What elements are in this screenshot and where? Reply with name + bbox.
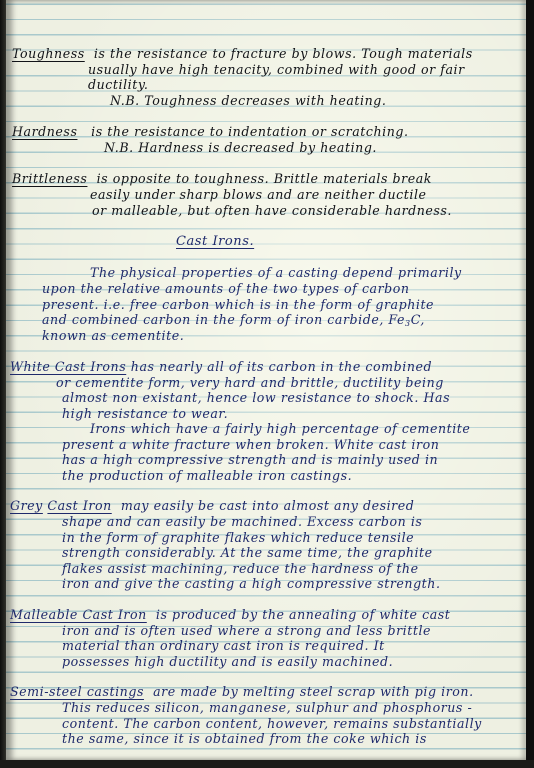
brittleness-line-3: or malleable, but often have considerabl… — [92, 203, 452, 218]
grey-cast-iron-line-6: iron and give the casting a high compres… — [62, 576, 441, 591]
brittleness-line-1: Brittleness is opposite to toughness. Br… — [12, 171, 432, 186]
malleable-cast-iron-line-3: material than ordinary cast iron is requ… — [62, 638, 385, 653]
malleable-cast-iron-line-4: possesses high ductility and is easily m… — [62, 654, 393, 669]
grey-cast-iron-line-3: in the form of graphite flakes which red… — [62, 530, 414, 545]
term-grey-cast-iron: Cast Iron — [47, 498, 111, 513]
white-cast-iron-line-8: the production of malleable iron casting… — [62, 468, 352, 483]
toughness-line-3: ductility. — [88, 77, 148, 92]
page-right-edge — [526, 0, 534, 768]
term-malleable-cast-iron: Malleable Cast Iron — [10, 607, 147, 622]
intro-line-2: upon the relative amounts of the two typ… — [42, 281, 410, 296]
hardness-line-1: Hardness is the resistance to indentatio… — [12, 124, 409, 139]
term-toughness: Toughness — [12, 46, 85, 61]
semi-steel-line-4: the same, since it is obtained from the … — [62, 731, 427, 746]
semi-steel-line-1: Semi-steel castings are made by melting … — [10, 684, 474, 699]
semi-steel-line-3: content. The carbon content, however, re… — [62, 716, 482, 731]
page-bottom-edge — [0, 760, 534, 768]
white-cast-iron-line-1: White Cast Irons has nearly all of its c… — [10, 359, 432, 374]
notebook-page: Toughness is the resistance to fracture … — [6, 0, 526, 760]
grey-cast-iron-line-2: shape and can easily be machined. Excess… — [62, 514, 422, 529]
white-cast-iron-line-7: has a high compressive strength and is m… — [62, 452, 438, 467]
white-cast-iron-line-2: or cementite form, very hard and brittle… — [56, 375, 444, 390]
term-brittleness: Brittleness — [12, 171, 87, 186]
white-cast-iron-line-3: almost non existant, hence low resistanc… — [62, 390, 450, 405]
toughness-note: N.B. Toughness decreases with heating. — [110, 93, 386, 108]
malleable-cast-iron-line-1: Malleable Cast Iron is produced by the a… — [10, 607, 450, 622]
term-grey: Grey — [10, 498, 43, 513]
white-cast-iron-line-6: present a white fracture when broken. Wh… — [62, 437, 439, 452]
term-semi-steel-castings: Semi-steel castings — [10, 684, 144, 699]
toughness-line-1: Toughness is the resistance to fracture … — [12, 46, 473, 61]
term-hardness: Hardness — [12, 124, 77, 139]
white-cast-iron-line-5: Irons which have a fairly high percentag… — [90, 421, 470, 436]
toughness-line-2: usually have high tenacity, combined wit… — [88, 62, 465, 77]
term-white-cast-irons: White Cast Irons — [10, 359, 126, 374]
semi-steel-line-2: This reduces silicon, manganese, sulphur… — [62, 700, 472, 715]
intro-line-3: present. i.e. free carbon which is in th… — [42, 297, 434, 312]
hardness-note: N.B. Hardness is decreased by heating. — [104, 140, 377, 155]
brittleness-line-2: easily under sharp blows and are neither… — [90, 187, 427, 202]
white-cast-iron-line-4: high resistance to wear. — [62, 406, 228, 421]
grey-cast-iron-line-5: flakes assist machining, reduce the hard… — [62, 561, 419, 576]
grey-cast-iron-line-4: strength considerably. At the same time,… — [62, 545, 433, 560]
malleable-cast-iron-line-2: iron and is often used where a strong an… — [62, 623, 431, 638]
grey-cast-iron-line-1: Grey Cast Iron may easily be cast into a… — [10, 498, 414, 513]
intro-line-1: The physical properties of a casting dep… — [90, 265, 462, 280]
heading-cast-irons: Cast Irons. — [176, 234, 254, 249]
intro-line-5: known as cementite. — [42, 328, 184, 343]
